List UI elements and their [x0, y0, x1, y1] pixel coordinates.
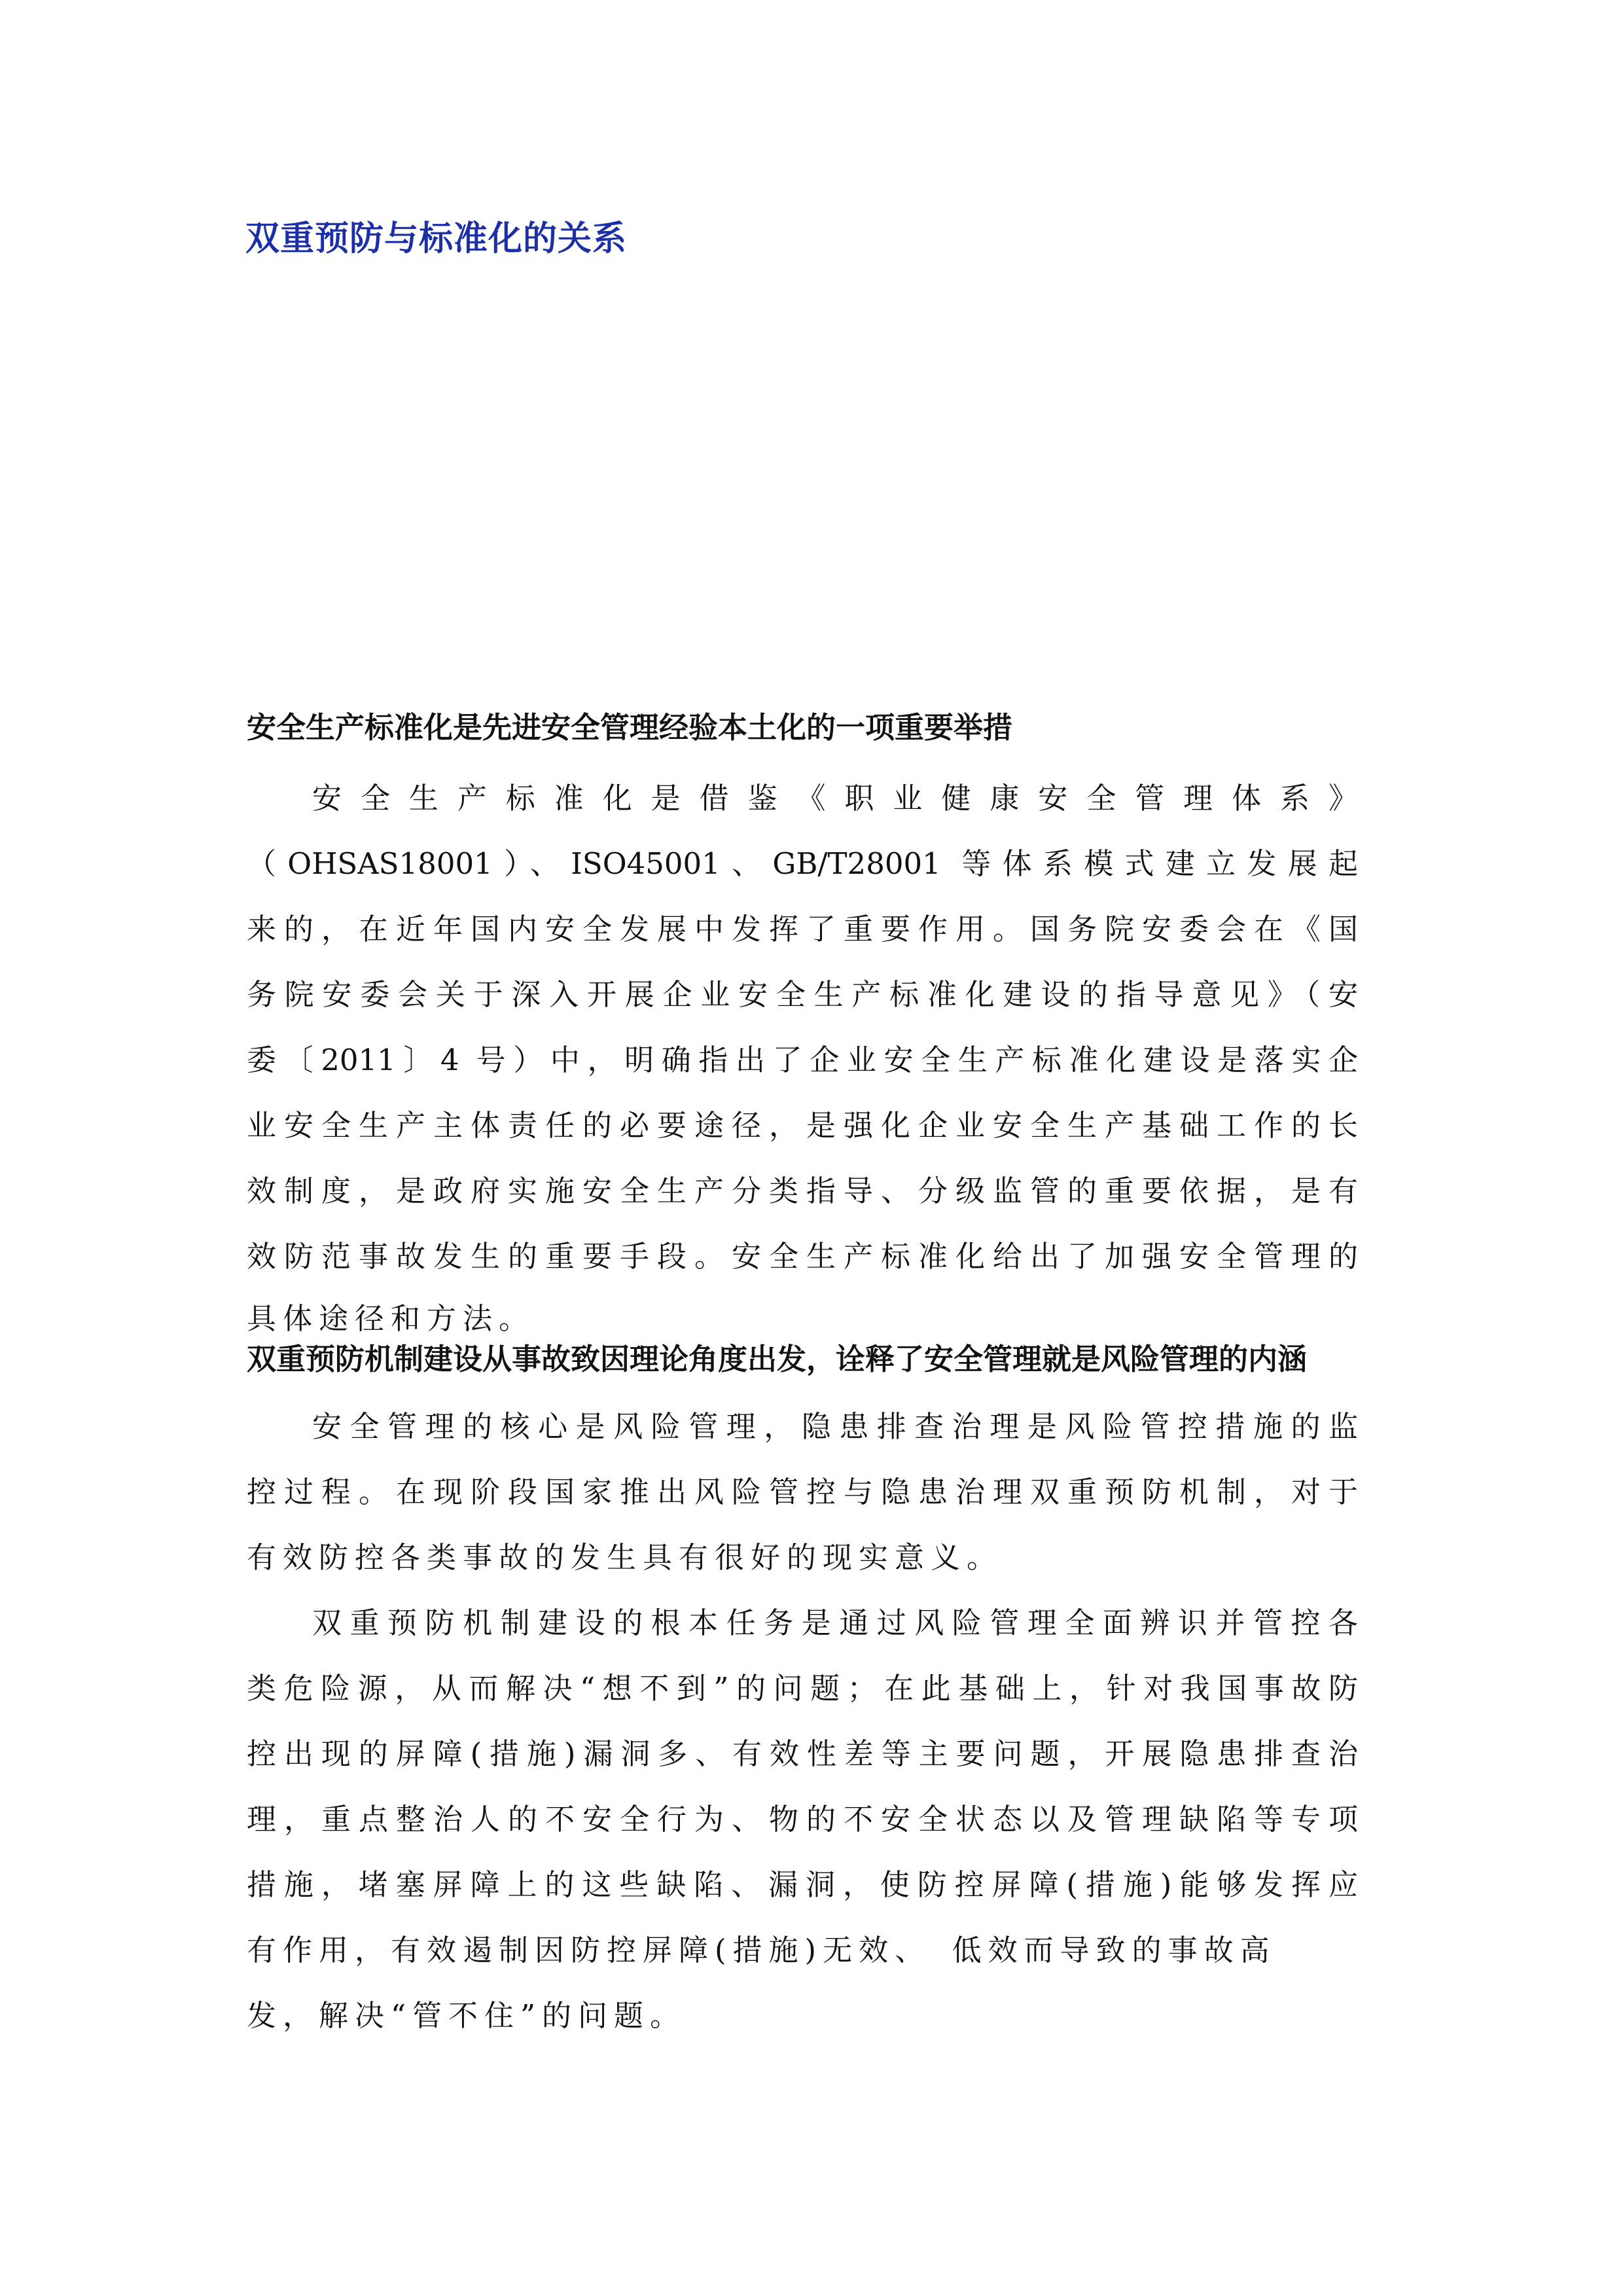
paragraph-line: （OHSAS18001）、ISO45001、GB/T28001 等体系模式建立发…	[247, 844, 1358, 884]
paragraph-line: 控出现的屏障(措施)漏洞多、有效性差等主要问题，开展隐患排查治	[247, 1734, 1358, 1774]
paragraph-line: 有效防控各类事故的发生具有很好的现实意义。	[247, 1538, 1358, 1577]
document-title: 双重预防与标准化的关系	[245, 216, 627, 262]
section-heading-dual-prevention: 双重预防机制建设从事故致因理论角度出发，诠释了安全管理就是风险管理的内涵	[247, 1340, 1358, 1379]
paragraph-line: 理，重点整治人的不安全行为、物的不安全状态以及管理缺陷等专项	[247, 1800, 1358, 1839]
paragraph-line: 具体途径和方法。	[247, 1299, 1358, 1338]
paragraph-line: 措施，堵塞屏障上的这些缺陷、漏洞，使防控屏障(措施)能够发挥应	[247, 1865, 1358, 1905]
paragraph-line: 效防范事故发生的重要手段。安全生产标准化给出了加强安全管理的	[247, 1237, 1358, 1276]
paragraph-line: 来的，在近年国内安全发展中发挥了重要作用。国务院安委会在《国	[247, 910, 1358, 949]
section-heading-standardization: 安全生产标准化是先进安全管理经验本土化的一项重要举措	[247, 708, 1358, 747]
paragraph-line: 委〔2011〕4 号）中，明确指出了企业安全生产标准化建设是落实企	[247, 1041, 1358, 1080]
paragraph-line: 安全生产标准化是借鉴《职业健康安全管理体系》	[312, 779, 1358, 818]
paragraph-line: 类危险源，从而解决“想不到”的问题；在此基础上，针对我国事故防	[247, 1669, 1358, 1708]
paragraph-line: 业安全生产主体责任的必要途径，是强化企业安全生产基础工作的长	[247, 1106, 1358, 1145]
paragraph-line: 效制度，是政府实施安全生产分类指导、分级监管的重要依据，是有	[247, 1172, 1358, 1211]
paragraph-line: 务院安委会关于深入开展企业安全生产标准化建设的指导意见》（安	[247, 975, 1358, 1014]
paragraph-line: 发，解决“管不住”的问题。	[247, 1996, 1358, 2036]
paragraph-line: 控过程。在现阶段国家推出风险管控与隐患治理双重预防机制，对于	[247, 1473, 1358, 1512]
paragraph-line: 双重预防机制建设的根本任务是通过风险管理全面辨识并管控各	[312, 1604, 1358, 1643]
paragraph-line: 有作用，有效遏制因防控屏障(措施)无效、 低效而导致的事故高	[247, 1931, 1358, 1970]
paragraph-line: 安全管理的核心是风险管理，隐患排查治理是风险管控措施的监	[312, 1407, 1358, 1446]
